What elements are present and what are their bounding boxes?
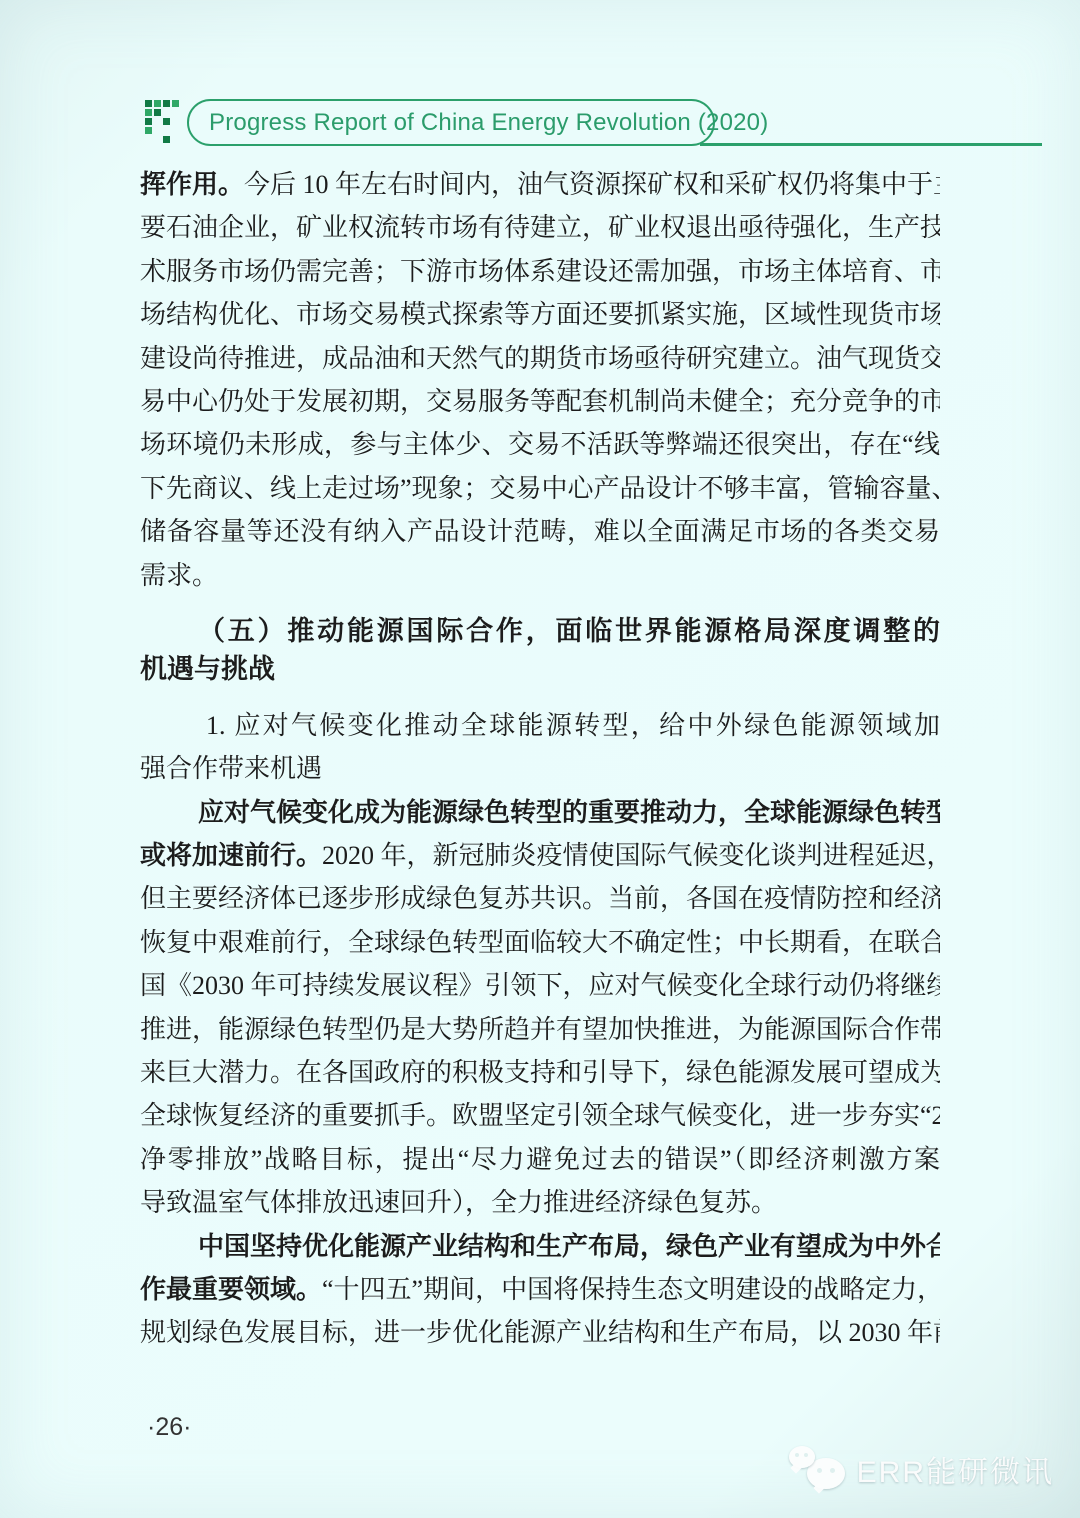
body-text: 建设尚待推进，成品油和天然气的期货市场亟待研究建立。油气现货交 xyxy=(140,344,940,373)
text-line: 需求。 xyxy=(140,554,940,597)
bold-text: 作最重要领域。 xyxy=(140,1275,322,1304)
body-text: 强合作带来机遇 xyxy=(140,754,322,783)
logo-square xyxy=(145,127,152,134)
logo-square xyxy=(172,100,179,107)
logo-square xyxy=(172,136,179,143)
body-text: 推进，能源绿色转型仍是大势所趋并有望加快推进，为能源国际合作带 xyxy=(140,1015,940,1044)
text-line: 机遇与挑战 xyxy=(140,650,940,688)
watermark-text: ERR能研微讯 xyxy=(857,1447,1054,1491)
logo-square xyxy=(163,118,170,125)
body-text: 恢复中艰难前行，全球绿色转型面临较大不确定性；中长期看，在联合 xyxy=(140,928,940,957)
text-line: 场环境仍未形成，参与主体少、交易不活跃等弊端还很突出，存在“线 xyxy=(140,423,940,466)
logo-square xyxy=(163,109,170,116)
body-text: 场环境仍未形成，参与主体少、交易不活跃等弊端还很突出，存在“线 xyxy=(140,430,940,459)
logo-square xyxy=(154,100,161,107)
logo-square xyxy=(145,136,152,143)
body-text: 净零排放”战略目标，提出“尽力避免过去的错误”（即经济刺激方案 xyxy=(140,1145,940,1174)
logo-square xyxy=(172,118,179,125)
paragraph: 1. 应对气候变化推动全球能源转型，给中外绿色能源领域加强合作带来机遇 xyxy=(140,704,940,791)
logo-square xyxy=(163,127,170,134)
paragraph: 应对气候变化成为能源绿色转型的重要推动力，全球能源绿色转型或将加速前行。2020… xyxy=(140,791,940,1225)
logo-square xyxy=(154,109,161,116)
bold-text: 或将加速前行。 xyxy=(140,841,322,870)
text-line: 强合作带来机遇 xyxy=(140,747,940,790)
logo-square xyxy=(163,100,170,107)
text-line: 作最重要领域。“十四五”期间，中国将保持生态文明建设的战略定力， xyxy=(140,1268,940,1311)
document-page: Progress Report of China Energy Revoluti… xyxy=(0,0,1080,1518)
body-text: 易中心仍处于发展初期，交易服务等配套机制尚未健全；充分竞争的市 xyxy=(140,387,940,416)
logo-square xyxy=(145,109,152,116)
body-text: 需求。 xyxy=(140,561,218,590)
logo-square xyxy=(163,136,170,143)
page-number: ·26· xyxy=(147,1413,191,1442)
bold-text: 应对气候变化成为能源绿色转型的重要推动力，全球能源绿色转型 xyxy=(198,798,940,827)
body-text: 来巨大潜力。在各国政府的积极支持和引导下，绿色能源发展可望成为 xyxy=(140,1058,940,1087)
logo-square xyxy=(154,127,161,134)
text-line: （五）推动能源国际合作，面临世界能源格局深度调整的 xyxy=(140,612,940,650)
paragraph: 中国坚持优化能源产业结构和生产布局，绿色产业有望成为中外合作最重要领域。“十四五… xyxy=(140,1225,940,1355)
paragraph: 挥作用。今后 10 年左右时间内，油气资源探矿权和采矿权仍将集中于主要石油企业，… xyxy=(140,163,940,597)
text-line: 规划绿色发展目标，进一步优化能源产业结构和生产布局，以 2030 年前 xyxy=(140,1311,940,1354)
watermark: ERR能研微讯 xyxy=(789,1446,1054,1492)
body-text: 场结构优化、市场交易模式探索等方面还要抓紧实施，区域性现货市场 xyxy=(140,300,940,329)
body-text: 2020 年，新冠肺炎疫情使国际气候变化谈判进程延迟， xyxy=(322,841,940,870)
body-text: 但主要经济体已逐步形成绿色复苏共识。当前，各国在疫情防控和经济 xyxy=(140,884,940,913)
body-text: 下先商议、线上走过场”现象；交易中心产品设计不够丰富，管输容量、 xyxy=(140,474,940,503)
body-text: 导致温室气体排放迅速回升），全力推进经济绿色复苏。 xyxy=(140,1188,777,1217)
title-frame: Progress Report of China Energy Revoluti… xyxy=(187,99,715,146)
bold-text: 挥作用。 xyxy=(140,170,244,199)
text-line: 导致温室气体排放迅速回升），全力推进经济绿色复苏。 xyxy=(140,1181,940,1224)
logo-square xyxy=(145,118,152,125)
text-line: 要石油企业，矿业权流转市场有待建立，矿业权退出亟待强化，生产技 xyxy=(140,206,940,249)
text-line: 术服务市场仍需完善；下游市场体系建设还需加强，市场主体培育、市 xyxy=(140,250,940,293)
body-text: 要石油企业，矿业权流转市场有待建立，矿业权退出亟待强化，生产技 xyxy=(140,213,940,242)
logo-square xyxy=(154,118,161,125)
text-line: 场结构优化、市场交易模式探索等方面还要抓紧实施，区域性现货市场 xyxy=(140,293,940,336)
logo-square xyxy=(172,109,179,116)
text-line: 挥作用。今后 10 年左右时间内，油气资源探矿权和采矿权仍将集中于主 xyxy=(140,163,940,206)
text-line: 储备容量等还没有纳入产品设计范畴，难以全面满足市场的各类交易 xyxy=(140,510,940,553)
text-line: 但主要经济体已逐步形成绿色复苏共识。当前，各国在疫情防控和经济 xyxy=(140,877,940,920)
pixel-grid-logo-icon xyxy=(145,100,179,143)
logo-square xyxy=(145,100,152,107)
text-line: 恢复中艰难前行，全球绿色转型面临较大不确定性；中长期看，在联合 xyxy=(140,921,940,964)
body-text: “十四五”期间，中国将保持生态文明建设的战略定力， xyxy=(322,1275,940,1304)
body-text: 今后 10 年左右时间内，油气资源探矿权和采矿权仍将集中于主 xyxy=(244,170,940,199)
wechat-icon xyxy=(789,1446,847,1492)
text-line: 建设尚待推进，成品油和天然气的期货市场亟待研究建立。油气现货交 xyxy=(140,337,940,380)
text-line: 国《2030 年可持续发展议程》引领下，应对气候变化全球行动仍将继续 xyxy=(140,964,940,1007)
text-line: 净零排放”战略目标，提出“尽力避免过去的错误”（即经济刺激方案 xyxy=(140,1138,940,1181)
logo-square xyxy=(172,127,179,134)
body-text: 国《2030 年可持续发展议程》引领下，应对气候变化全球行动仍将继续 xyxy=(140,971,940,1000)
text-line: 下先商议、线上走过场”现象；交易中心产品设计不够丰富，管输容量、 xyxy=(140,467,940,510)
text-line: 来巨大潜力。在各国政府的积极支持和引导下，绿色能源发展可望成为 xyxy=(140,1051,940,1094)
body-text: 1. 应对气候变化推动全球能源转型，给中外绿色能源领域加 xyxy=(206,711,940,740)
text-line: 应对气候变化成为能源绿色转型的重要推动力，全球能源绿色转型 xyxy=(140,791,940,834)
logo-square xyxy=(154,136,161,143)
text-line: 易中心仍处于发展初期，交易服务等配套机制尚未健全；充分竞争的市 xyxy=(140,380,940,423)
body-text: 储备容量等还没有纳入产品设计范畴，难以全面满足市场的各类交易 xyxy=(140,517,940,546)
bold-text: 中国坚持优化能源产业结构和生产布局，绿色产业有望成为中外合 xyxy=(198,1232,940,1261)
bold-text: 机遇与挑战 xyxy=(140,654,275,684)
text-line: 1. 应对气候变化推动全球能源转型，给中外绿色能源领域加 xyxy=(140,704,940,747)
report-title: Progress Report of China Energy Revoluti… xyxy=(209,109,768,137)
text-line: 中国坚持优化能源产业结构和生产布局，绿色产业有望成为中外合 xyxy=(140,1225,940,1268)
body-text: 全球恢复经济的重要抓手。欧盟坚定引领全球气候变化，进一步夯实“2050 xyxy=(140,1101,940,1130)
body-text: 规划绿色发展目标，进一步优化能源产业结构和生产布局，以 2030 年前 xyxy=(140,1318,940,1347)
text-line: 推进，能源绿色转型仍是大势所趋并有望加快推进，为能源国际合作带 xyxy=(140,1008,940,1051)
body-text: 术服务市场仍需完善；下游市场体系建设还需加强，市场主体培育、市 xyxy=(140,257,940,286)
text-line: 全球恢复经济的重要抓手。欧盟坚定引领全球气候变化，进一步夯实“2050 xyxy=(140,1094,940,1137)
bold-text: （五）推动能源国际合作，面临世界能源格局深度调整的 xyxy=(198,616,940,646)
text-line: 或将加速前行。2020 年，新冠肺炎疫情使国际气候变化谈判进程延迟， xyxy=(140,834,940,877)
section-heading: （五）推动能源国际合作，面临世界能源格局深度调整的机遇与挑战 xyxy=(140,612,940,688)
document-content: 挥作用。今后 10 年左右时间内，油气资源探矿权和采矿权仍将集中于主要石油企业，… xyxy=(140,163,940,1355)
header-rule xyxy=(700,143,1042,146)
